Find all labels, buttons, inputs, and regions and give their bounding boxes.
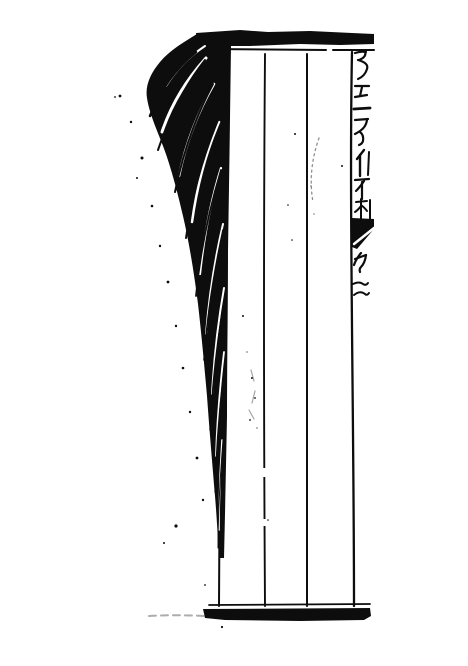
paper-background [0, 0, 468, 666]
scanned-page: Scanned woodblock-print book page (mostl… [0, 0, 468, 666]
column-line-3 [307, 54, 308, 606]
page-artwork [0, 0, 468, 666]
